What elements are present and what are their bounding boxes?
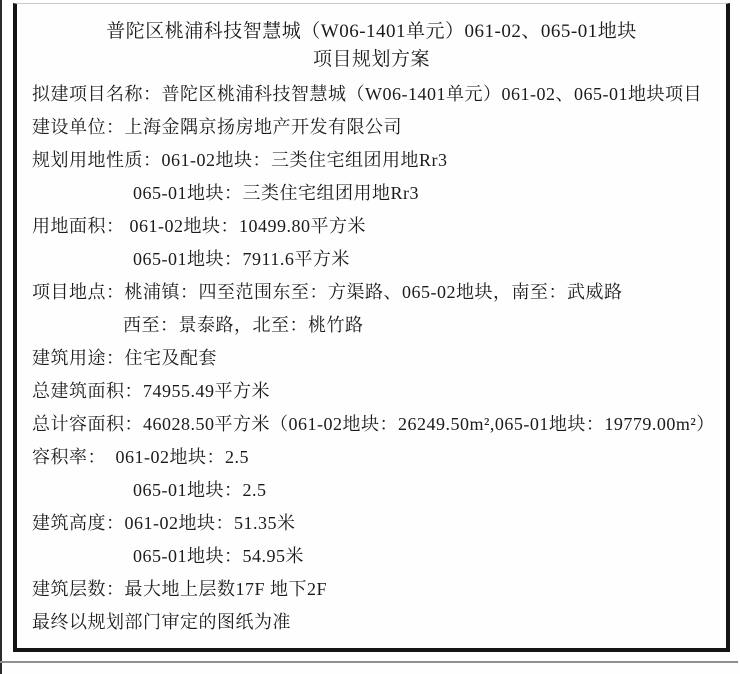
title-line-1: 普陀区桃浦科技智慧城（W06-1401单元）061-02、065-01地块 bbox=[17, 18, 726, 46]
building-use-line: 建筑用途：住宅及配套 bbox=[17, 342, 726, 375]
total-capacity-area-line: 总计容面积：46028.50平方米（061-02地块：26249.50m²,06… bbox=[17, 408, 726, 441]
building-height-line-2: 065-01地块：54.95米 bbox=[17, 540, 726, 573]
title-line-2: 项目规划方案 bbox=[17, 46, 726, 74]
total-floor-area-line: 总建筑面积：74955.49平方米 bbox=[17, 375, 726, 408]
land-area-line-2: 065-01地块：7911.6平方米 bbox=[17, 243, 726, 276]
document-page: 普陀区桃浦科技智慧城（W06-1401单元）061-02、065-01地块 项目… bbox=[0, 0, 740, 674]
construction-unit-line: 建设单位：上海金隅京扬房地产开发有限公司 bbox=[17, 111, 726, 144]
project-location-line-1: 项目地点：桃浦镇：四至范围东至：方渠路、065-02地块，南至：武威路 bbox=[17, 276, 726, 309]
building-floors-line: 建筑层数：最大地上层数17F 地下2F bbox=[17, 573, 726, 606]
planned-land-use-line-1: 规划用地性质：061-02地块：三类住宅组团用地Rr3 bbox=[17, 144, 726, 177]
outer-frame-left-line bbox=[0, 0, 2, 674]
document-body: 拟建项目名称：普陀区桃浦科技智慧城（W06-1401单元）061-02、065-… bbox=[17, 78, 726, 639]
document-frame: 普陀区桃浦科技智慧城（W06-1401单元）061-02、065-01地块 项目… bbox=[13, 3, 730, 652]
plot-ratio-line-2: 065-01地块：2.5 bbox=[17, 474, 726, 507]
planned-land-use-line-2: 065-01地块：三类住宅组团用地Rr3 bbox=[17, 177, 726, 210]
plot-ratio-line-1: 容积率： 061-02地块：2.5 bbox=[17, 441, 726, 474]
final-note-line: 最终以规划部门审定的图纸为准 bbox=[17, 606, 726, 639]
land-area-line-1: 用地面积： 061-02地块：10499.80平方米 bbox=[17, 210, 726, 243]
building-height-line-1: 建筑高度：061-02地块：51.35米 bbox=[17, 507, 726, 540]
project-location-line-2: 西至：景泰路，北至：桃竹路 bbox=[17, 309, 726, 342]
proposed-project-name-line: 拟建项目名称：普陀区桃浦科技智慧城（W06-1401单元）061-02、065-… bbox=[17, 78, 726, 111]
document-title: 普陀区桃浦科技智慧城（W06-1401单元）061-02、065-01地块 项目… bbox=[17, 18, 726, 74]
outer-frame-bottom-line bbox=[0, 661, 738, 663]
